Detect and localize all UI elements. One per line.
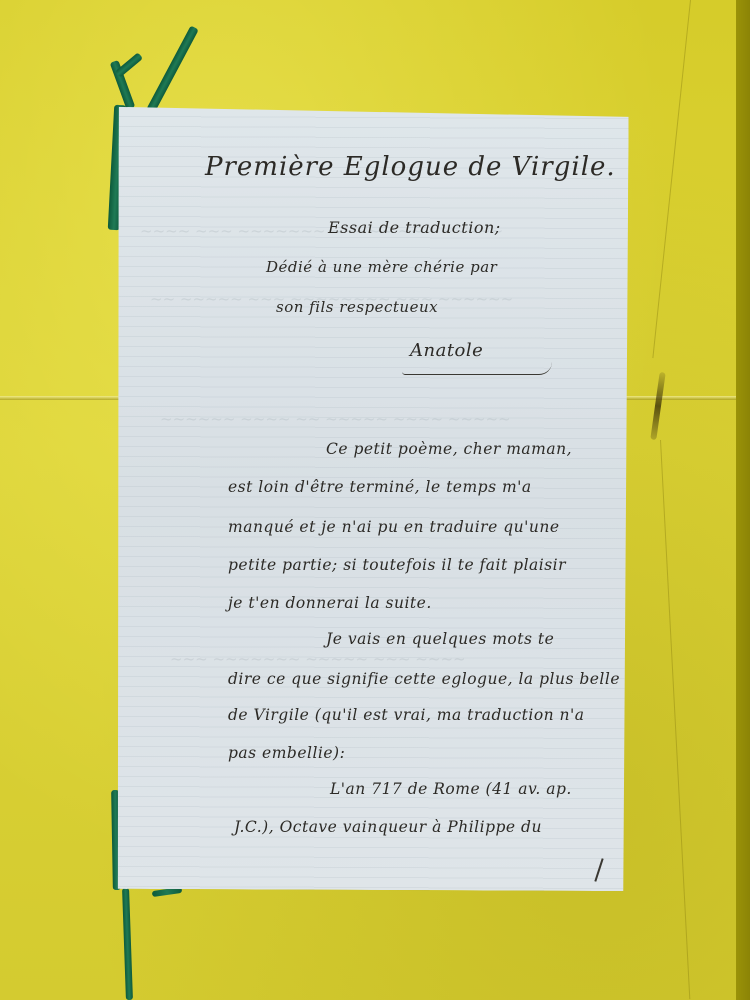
body-line: je t'en donnerai la suite. [228,594,432,612]
body-line: Ce petit poème, cher maman, [326,440,572,458]
signature-flourish [402,362,552,375]
bleed-through-text: ~~~~~~ ~~~~ ~~ ~~~~~ ~~~~ ~~~~~ [160,410,511,428]
body-line: petite partie; si toutefois il te fait p… [228,556,566,574]
manuscript-title: Première Eglogue de Virgile. [205,152,616,182]
body-line: L'an 717 de Rome (41 av. ap. [330,780,572,798]
dedication-line: Dédié à une mère chérie par [266,258,497,276]
bleed-through-text: ~~~ ~~~~~~~ ~~~~~ ~~~ ~~~~ [170,650,466,668]
body-line: manqué et je n'ai pu en traduire qu'une [228,518,560,536]
background-edge-shadow [736,0,750,1000]
body-line: J.C.), Octave vainqueur à Philippe du [234,818,542,836]
dedication-line: son fils respectueux [276,298,438,316]
body-line: est loin d'être terminé, le temps m'a [228,478,532,496]
author-signature: Anatole [410,340,483,361]
body-line: dire ce que signifie cette eglogue, la p… [228,670,620,688]
manuscript-subtitle: Essai de traduction; [328,218,501,237]
body-line: pas embellie): [228,744,345,762]
body-line: de Virgile (qu'il est vrai, ma traductio… [228,706,585,724]
body-line: Je vais en quelques mots te [326,630,554,648]
